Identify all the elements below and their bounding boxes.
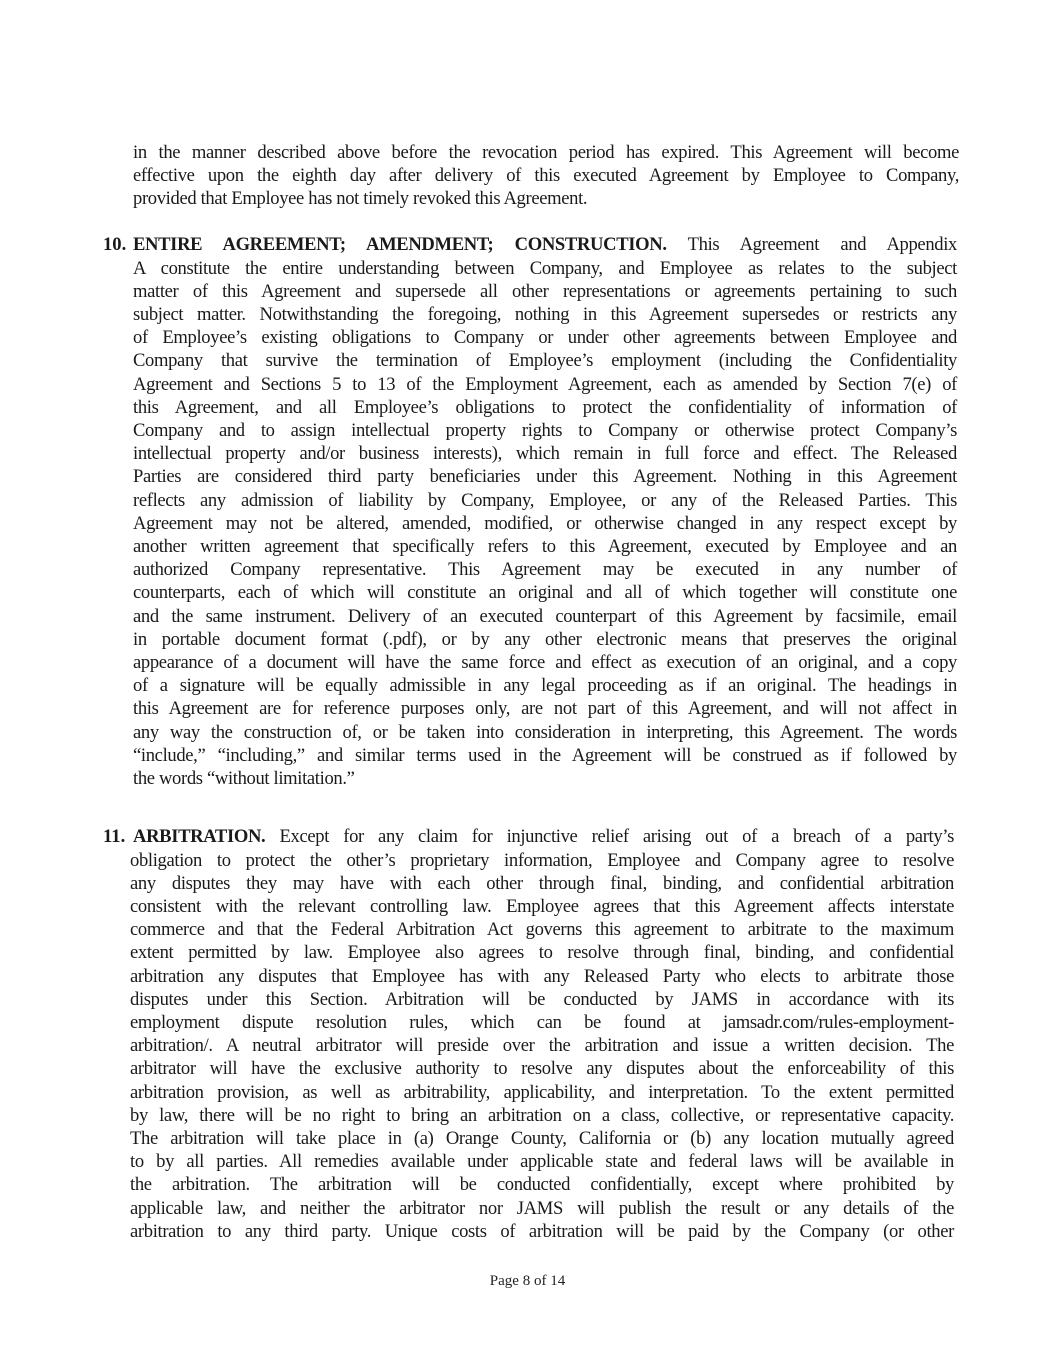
paragraph-line: this Agreement, and all Employee’s oblig… — [133, 397, 957, 419]
paragraph-line: provided that Employee has not timely re… — [133, 188, 587, 210]
section-first-line: ENTIRE AGREEMENT; AMENDMENT; CONSTRUCTIO… — [133, 234, 957, 256]
paragraph-line: arbitration/. A neutral arbitrator will … — [130, 1035, 954, 1057]
paragraph-line: arbitration to any third party. Unique c… — [130, 1221, 954, 1243]
paragraph-line: Company that survive the termination of … — [133, 350, 957, 372]
paragraph-line: counterparts, each of which will constit… — [133, 582, 957, 604]
document-page: in the manner described above before the… — [0, 0, 1055, 1365]
paragraph-line: appearance of a document will have the s… — [133, 652, 957, 674]
paragraph-line: disputes under this Section. Arbitration… — [130, 989, 954, 1011]
paragraph-line: Company and to assign intellectual prope… — [133, 420, 957, 442]
paragraph-line: of a signature will be equally admissibl… — [133, 675, 957, 697]
paragraph-line: the arbitration. The arbitration will be… — [130, 1174, 954, 1196]
paragraph-line: The arbitration will take place in (a) O… — [130, 1128, 954, 1150]
section-first-line-text: Except for any claim for injunctive reli… — [265, 826, 954, 847]
paragraph-line: matter of this Agreement and supersede a… — [133, 281, 957, 303]
paragraph-line: A constitute the entire understanding be… — [133, 258, 957, 280]
paragraph-line: arbitration provision, as well as arbitr… — [130, 1082, 954, 1104]
paragraph-line: intellectual property and/or business in… — [133, 443, 957, 465]
section-number: 10. — [103, 234, 126, 256]
paragraph-line: arbitration any disputes that Employee h… — [130, 966, 954, 988]
paragraph-line: Parties are considered third party benef… — [133, 466, 957, 488]
paragraph-line: another written agreement that specifica… — [133, 536, 957, 558]
paragraph-line: and the same instrument. Delivery of an … — [133, 606, 957, 628]
section-heading: ENTIRE AGREEMENT; AMENDMENT; CONSTRUCTIO… — [133, 234, 667, 255]
paragraph-line: Agreement may not be altered, amended, m… — [133, 513, 957, 535]
section-number: 11. — [103, 826, 125, 848]
paragraph-line: any disputes they may have with each oth… — [130, 873, 954, 895]
paragraph-line: any way the construction of, or be taken… — [133, 722, 957, 744]
paragraph-line: reflects any admission of liability by C… — [133, 490, 957, 512]
paragraph-line: “include,” “including,” and similar term… — [133, 745, 957, 767]
section-heading: ARBITRATION. — [133, 826, 265, 847]
paragraph-line: extent permitted by law. Employee also a… — [130, 942, 954, 964]
paragraph-line: authorized Company representative. This … — [133, 559, 957, 581]
section-first-line-text: This Agreement and Appendix — [667, 234, 957, 255]
paragraph-line: consistent with the relevant controlling… — [130, 896, 954, 918]
paragraph-line: by law, there will be no right to bring … — [130, 1105, 954, 1127]
paragraph-line: applicable law, and neither the arbitrat… — [130, 1198, 954, 1220]
paragraph-line: this Agreement are for reference purpose… — [133, 698, 957, 720]
paragraph-line: the words “without limitation.” — [133, 768, 355, 790]
paragraph-line: in portable document format (.pdf), or b… — [133, 629, 957, 651]
paragraph-line: in the manner described above before the… — [133, 142, 959, 164]
paragraph-line: employment dispute resolution rules, whi… — [130, 1012, 954, 1034]
paragraph-line: obligation to protect the other’s propri… — [130, 850, 954, 872]
paragraph-line: commerce and that the Federal Arbitratio… — [130, 919, 954, 941]
paragraph-line: to by all parties. All remedies availabl… — [130, 1151, 954, 1173]
section-first-line: ARBITRATION. Except for any claim for in… — [133, 826, 954, 848]
paragraph-line: of Employee’s existing obligations to Co… — [133, 327, 957, 349]
paragraph-line: subject matter. Notwithstanding the fore… — [133, 304, 957, 326]
paragraph-line: arbitrator will have the exclusive autho… — [130, 1058, 954, 1080]
paragraph-line: effective upon the eighth day after deli… — [133, 165, 959, 187]
paragraph-line: Agreement and Sections 5 to 13 of the Em… — [133, 374, 957, 396]
page-number-footer: Page 8 of 14 — [0, 1272, 1055, 1290]
